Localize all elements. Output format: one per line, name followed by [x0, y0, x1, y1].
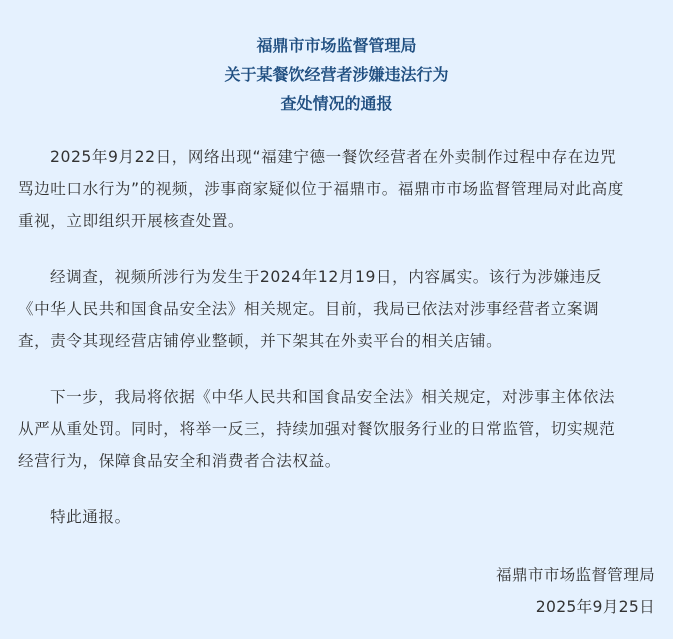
paragraph-line: 2025年9月22日，网络出现“福建宁德一餐饮经营者在外卖制作过程中存在边咒	[18, 141, 658, 173]
paragraph-line: 经营行为，保障食品安全和消费者合法权益。	[18, 445, 658, 477]
paragraph-line: 特此通报。	[18, 501, 658, 533]
signature-date: 2025年9月25日	[536, 591, 655, 623]
paragraph-investigation: 经调查，视频所涉行为发生于2024年12月19日，内容属实。该行为涉嫌违反 《中…	[18, 261, 658, 357]
signature-organization: 福鼎市市场监督管理局	[496, 559, 655, 591]
paragraph-line: 《中华人民共和国食品安全法》相关规定。目前，我局已依法对涉事经营者立案调	[18, 293, 658, 325]
paragraph-line: 经调查，视频所涉行为发生于2024年12月19日，内容属实。该行为涉嫌违反	[18, 261, 658, 293]
paragraph-closing: 特此通报。	[18, 501, 658, 533]
paragraph-incident: 2025年9月22日，网络出现“福建宁德一餐饮经营者在外卖制作过程中存在边咒 骂…	[18, 141, 658, 237]
notice-document: 福鼎市市场监督管理局 关于某餐饮经营者涉嫌违法行为 查处情况的通报 2025年9…	[0, 0, 673, 639]
paragraph-next-steps: 下一步，我局将依据《中华人民共和国食品安全法》相关规定，对涉事主体依法 从严从重…	[18, 381, 658, 477]
document-title: 福鼎市市场监督管理局 关于某餐饮经营者涉嫌违法行为 查处情况的通报	[0, 31, 673, 118]
paragraph-line: 下一步，我局将依据《中华人民共和国食品安全法》相关规定，对涉事主体依法	[18, 381, 658, 413]
title-line-subject: 关于某餐饮经营者涉嫌违法行为	[0, 60, 673, 89]
paragraph-line: 重视，立即组织开展核查处置。	[18, 205, 658, 237]
paragraph-line: 从严从重处罚。同时，将举一反三，持续加强对餐饮服务行业的日常监管，切实规范	[18, 413, 658, 445]
paragraph-line: 查，责令其现经营店铺停业整顿，并下架其在外卖平台的相关店铺。	[18, 325, 658, 357]
paragraph-line: 骂边吐口水行为”的视频，涉事商家疑似位于福鼎市。福鼎市市场监督管理局对此高度	[18, 173, 658, 205]
title-line-type: 查处情况的通报	[0, 89, 673, 118]
title-line-organization: 福鼎市市场监督管理局	[0, 31, 673, 60]
